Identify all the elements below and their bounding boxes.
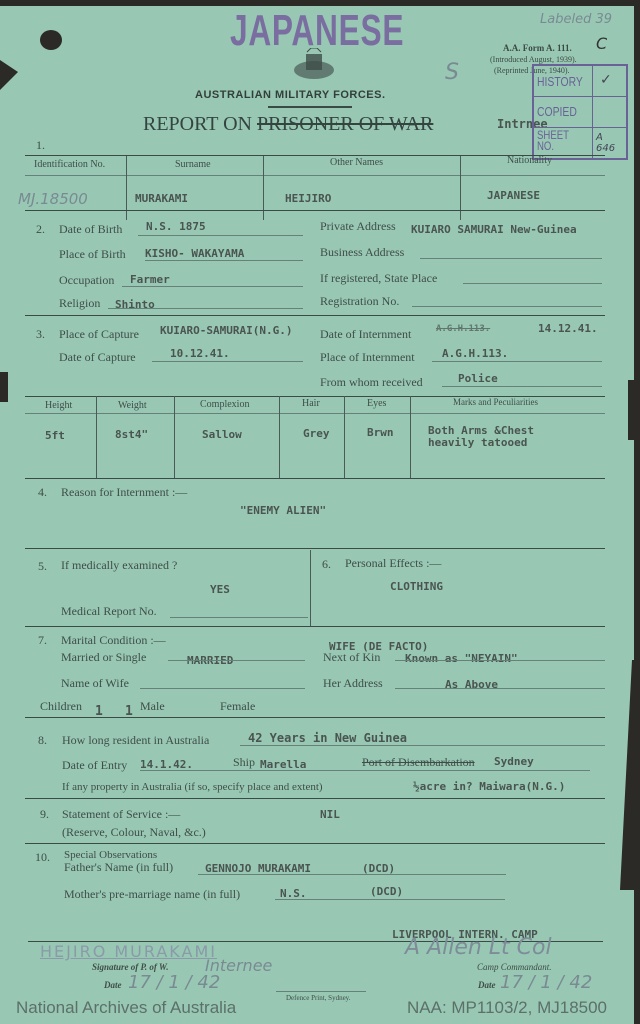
field-line xyxy=(145,260,303,261)
dob-value: N.S. 1875 xyxy=(146,220,206,233)
section-rule xyxy=(25,798,605,799)
resident-label: How long resident in Australia xyxy=(62,733,209,748)
registration-no-label: Registration No. xyxy=(320,294,399,309)
col-complexion: Complexion xyxy=(200,399,249,410)
date-of-internment-label: Date of Internment xyxy=(320,327,411,342)
property-label: If any property in Australia (if so, spe… xyxy=(62,781,323,793)
pow-date: 17 / 1 / 42 xyxy=(128,972,220,993)
height-value: 5ft xyxy=(45,429,65,442)
section-5-number: 5. xyxy=(38,559,47,574)
field-line xyxy=(240,745,605,746)
history-label: HISTORY xyxy=(537,74,583,89)
section-10-number: 10. xyxy=(35,850,50,865)
field-line xyxy=(420,258,602,259)
field-line xyxy=(108,308,303,309)
commandant-date-label: Date xyxy=(478,980,496,990)
section-7-number: 7. xyxy=(38,633,47,648)
archive-watermark: National Archives of Australia xyxy=(16,998,236,1018)
eyes-value: Brwn xyxy=(367,426,394,439)
dob-label: Date of Birth xyxy=(59,222,122,237)
service-label: Statement of Service :— xyxy=(62,807,180,822)
punch-hole xyxy=(40,30,62,50)
field-line xyxy=(395,688,605,689)
registered-label: If registered, State Place xyxy=(320,271,437,286)
complexion-value: Sallow xyxy=(202,428,242,441)
field-line xyxy=(395,660,605,661)
other-names-value: HEIJIRO xyxy=(285,192,331,205)
occupation-value: Farmer xyxy=(130,273,170,286)
pob-value: KISHO- WAKAYAMA xyxy=(145,247,244,260)
col-weight: Weight xyxy=(118,400,147,411)
pob-label: Place of Birth xyxy=(59,247,126,262)
section-rule xyxy=(25,843,605,844)
title-divider xyxy=(268,106,352,108)
property-value: ½acre in? Maiwara(N.G.) xyxy=(413,780,565,793)
col-nationality: Nationality xyxy=(507,155,552,166)
col-divider xyxy=(410,396,411,478)
col-divider xyxy=(344,396,345,478)
date-of-internment-value: 14.12.41. xyxy=(538,322,598,335)
private-address-label: Private Address xyxy=(320,219,396,234)
field-line xyxy=(432,361,602,362)
received-from-label: From whom received xyxy=(320,375,423,390)
col-height: Height xyxy=(45,400,72,411)
pow-signature-label: Signature of P. of W. xyxy=(92,962,169,972)
pow-signature: HEJIRO MURAKAMI xyxy=(40,942,217,961)
col-hair: Hair xyxy=(302,398,320,409)
col-identification: Identification No. xyxy=(34,159,105,170)
section-1-number: 1. xyxy=(36,138,45,153)
section-rule xyxy=(25,717,605,718)
torn-edge xyxy=(0,372,8,402)
report-title: REPORT ON PRISONER OF WAR xyxy=(143,113,433,136)
next-of-kin-label: Next of Kin xyxy=(323,650,380,665)
medical-value: YES xyxy=(210,583,230,596)
field-line xyxy=(140,770,590,771)
section-8-number: 8. xyxy=(38,733,47,748)
table-bottom-rule xyxy=(25,478,605,479)
her-address-value: As Above xyxy=(445,678,498,691)
section-rule xyxy=(25,548,605,549)
sheet-no-label: SHEET NO. xyxy=(537,130,577,152)
field-line xyxy=(442,386,602,387)
pencil-note: Labeled 39 xyxy=(540,12,612,27)
field-line xyxy=(138,235,303,236)
medical-report-label: Medical Report No. xyxy=(61,604,157,619)
place-of-internment-label: Place of Internment xyxy=(320,350,415,365)
children-label: Children xyxy=(40,699,82,714)
report-title-prefix: REPORT ON xyxy=(143,113,252,135)
identification-value: MJ.18500 xyxy=(18,190,88,208)
section-9-number: 9. xyxy=(40,807,49,822)
section-4-number: 4. xyxy=(38,485,47,500)
commandant-signature: A Allen Lt Col xyxy=(405,935,552,960)
section-1-bottom-rule xyxy=(25,210,605,211)
place-of-internment-value: A.G.H.113. xyxy=(442,347,508,360)
nationality-value: JAPANESE xyxy=(487,189,540,202)
field-line xyxy=(275,899,505,900)
org-title: AUSTRALIAN MILITARY FORCES. xyxy=(195,89,386,101)
form-code: A.A. Form A. 111. xyxy=(503,43,572,53)
pencil-mark-c: C xyxy=(596,34,607,53)
port-value: Sydney xyxy=(494,755,534,768)
section-2-number: 2. xyxy=(36,222,45,237)
archive-reference: NAA: MP1103/2, MJ18500 xyxy=(407,998,607,1018)
section-divider xyxy=(310,550,311,626)
service-value: NIL xyxy=(320,808,340,821)
col-divider xyxy=(279,396,280,478)
occupation-label: Occupation xyxy=(59,273,114,288)
hair-value: Grey xyxy=(303,427,330,440)
male-label: Male xyxy=(140,699,165,714)
printer-line xyxy=(276,991,366,992)
field-line xyxy=(198,874,506,875)
her-address-label: Her Address xyxy=(323,676,383,691)
mother-note: (DCD) xyxy=(370,885,403,898)
sheet-no-mark: A 646 xyxy=(596,132,624,154)
date-of-capture-value: 10.12.41. xyxy=(170,347,230,360)
section-rule xyxy=(25,315,605,316)
place-of-capture-value: KUIARO-SAMURAI(N.G.) xyxy=(160,324,292,337)
female-label: Female xyxy=(220,699,255,714)
section-6-number: 6. xyxy=(322,557,331,572)
father-label: Father's Name (in full) xyxy=(64,860,173,875)
field-line xyxy=(412,306,602,307)
field-line xyxy=(122,286,303,287)
religion-label: Religion xyxy=(59,296,100,311)
copied-label: COPIED xyxy=(537,104,577,119)
surname-value: MURAKAMI xyxy=(135,192,188,205)
date-of-internment-struck: A.G.H.113. xyxy=(436,324,490,334)
commandant-label: Camp Commandant. xyxy=(477,962,552,972)
col-divider xyxy=(96,396,97,478)
col-marks: Marks and Peculiarities xyxy=(453,397,538,407)
pencil-mark-s: S xyxy=(445,60,459,85)
col-divider xyxy=(174,396,175,478)
coat-of-arms-icon xyxy=(287,48,341,84)
table-header-rule xyxy=(25,413,605,414)
field-line xyxy=(140,688,305,689)
col-eyes: Eyes xyxy=(367,398,386,409)
section-3-number: 3. xyxy=(36,327,45,342)
col-other-names: Other Names xyxy=(330,157,383,168)
field-line xyxy=(170,617,308,618)
medical-label: If medically examined ? xyxy=(61,558,177,573)
field-line xyxy=(168,660,305,661)
marks-value: Both Arms &Chest heavily tatooed xyxy=(428,425,548,449)
header-row-rule xyxy=(25,175,605,176)
ship-label: Ship xyxy=(233,755,255,770)
weight-value: 8st4" xyxy=(115,428,148,441)
date-of-capture-label: Date of Capture xyxy=(59,350,136,365)
torn-edge xyxy=(628,380,640,440)
form-introduced: (Introduced August, 1939). xyxy=(490,55,577,64)
reason-value: "ENEMY ALIEN" xyxy=(240,504,326,517)
port-label: Port of Disembarkation xyxy=(362,755,475,770)
mother-label: Mother's pre-marriage name (in full) xyxy=(64,887,240,902)
entry-label: Date of Entry xyxy=(62,758,127,773)
effects-label: Personal Effects :— xyxy=(345,556,441,571)
resident-value: 42 Years in New Guinea xyxy=(248,731,407,745)
marital-label: Marital Condition :— xyxy=(61,633,166,648)
service-sublabel: (Reserve, Colour, Naval, &c.) xyxy=(62,825,206,840)
private-address-value: KUIARO SAMURAI New-Guinea xyxy=(411,223,577,236)
history-stamp: HISTORY COPIED SHEET NO. ✓ A 646 xyxy=(532,64,628,160)
received-from-value: Police xyxy=(458,372,498,385)
history-mark: ✓ xyxy=(600,72,612,88)
religion-value: Shinto xyxy=(115,298,155,311)
next-of-kin-value: Known as "NEYAIN" xyxy=(405,652,518,665)
col-surname: Surname xyxy=(175,159,211,170)
report-title-struck: PRISONER OF WAR xyxy=(257,113,433,135)
place-of-capture-label: Place of Capture xyxy=(59,327,139,342)
business-address-label: Business Address xyxy=(320,245,404,260)
field-line xyxy=(152,361,303,362)
printer-label: Defence Print, Sydney. xyxy=(286,994,350,1002)
effects-value: CLOTHING xyxy=(390,580,443,593)
married-label: Married or Single xyxy=(61,650,146,665)
pow-date-label: Date xyxy=(104,980,122,990)
reason-label: Reason for Internment :— xyxy=(61,485,187,500)
field-line xyxy=(463,283,602,284)
commandant-date: 17 / 1 / 42 xyxy=(500,972,592,993)
section-rule xyxy=(25,626,605,627)
wife-name-label: Name of Wife xyxy=(61,676,129,691)
